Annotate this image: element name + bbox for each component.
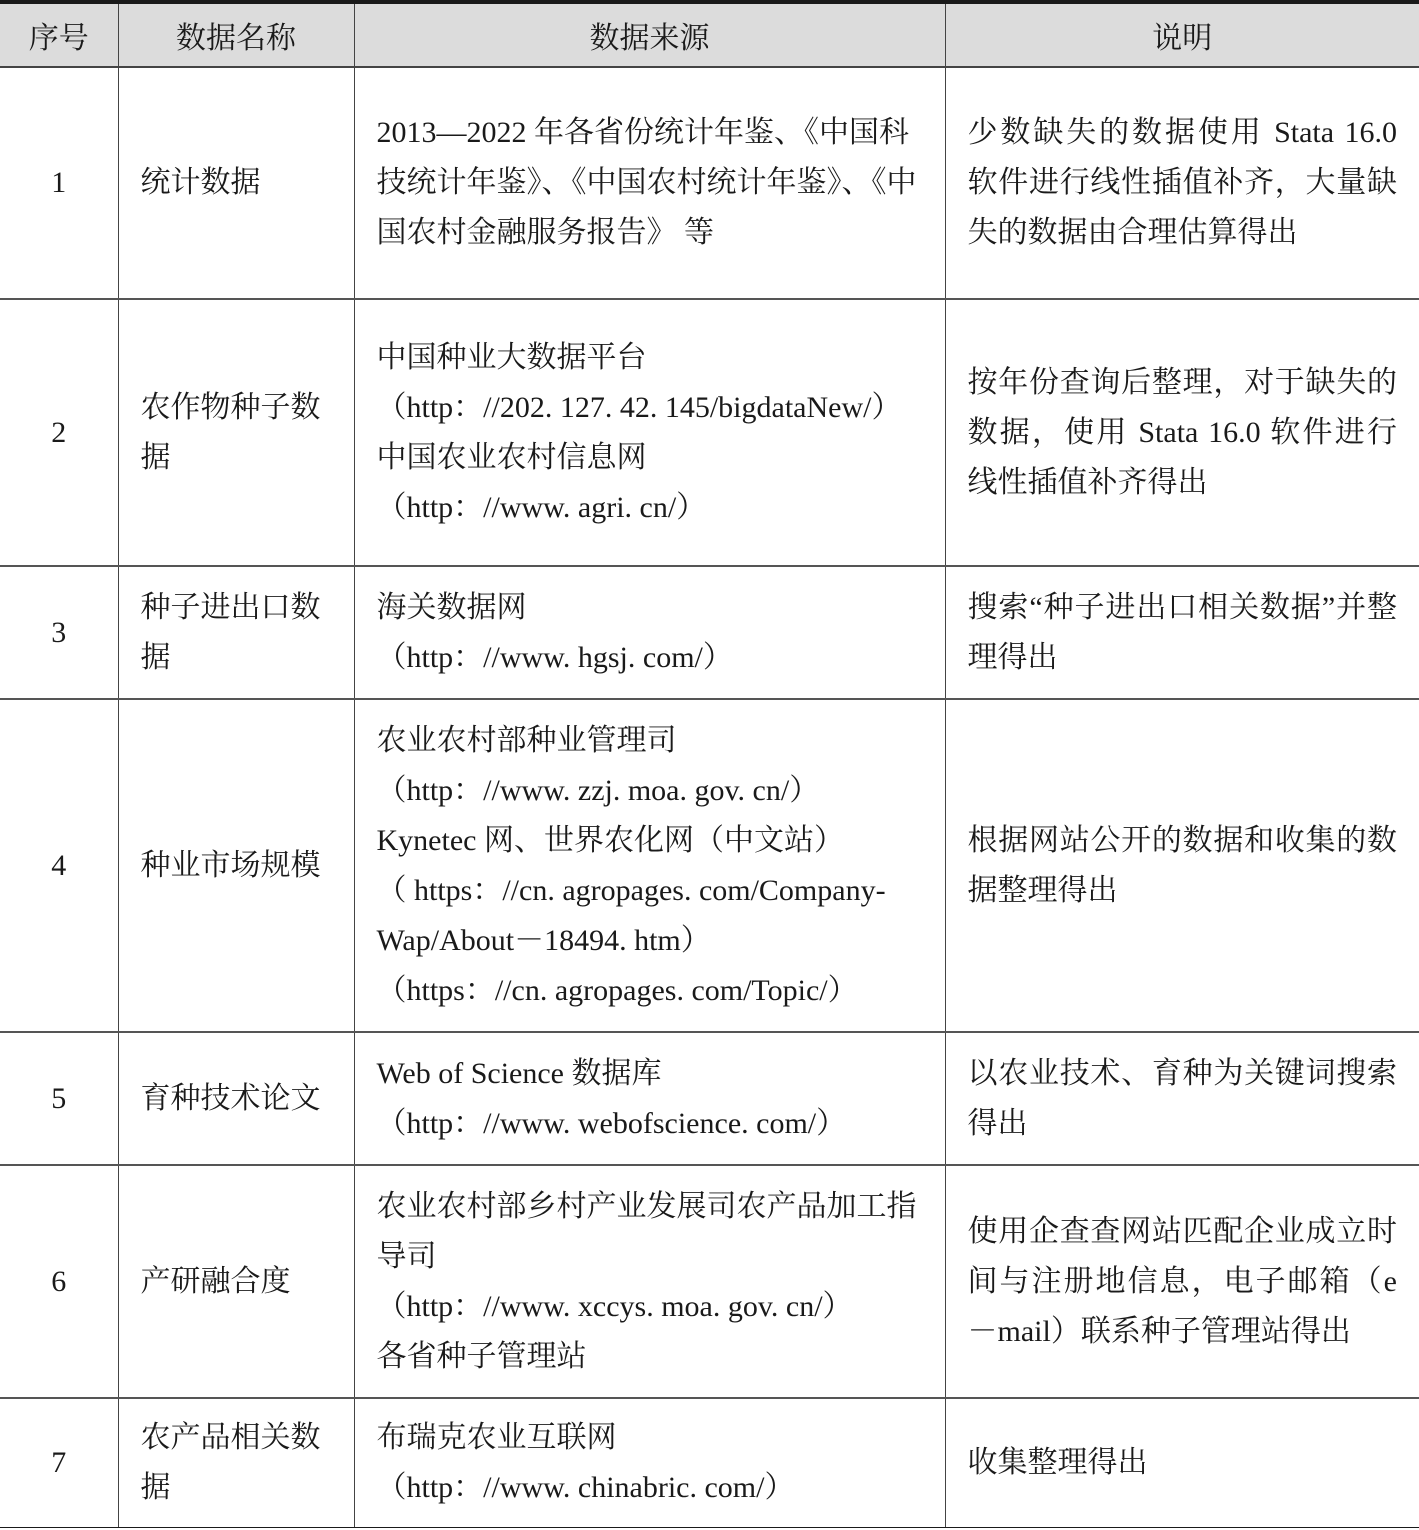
source-link: （http：//www. webofscience. com/） [377, 1099, 937, 1149]
row-data-source: 农业农村部种业管理司 （http：//www. zzj. moa. gov. c… [354, 699, 945, 1032]
header-description: 说明 [945, 2, 1419, 67]
source-link: （http：//www. chinabric. com/） [377, 1463, 937, 1513]
table-row: 3 种子进出口数据 海关数据网 （http：//www. hgsj. com/）… [0, 566, 1419, 699]
row-data-name: 育种技术论文 [118, 1032, 354, 1165]
row-description: 搜索“种子进出口相关数据”并整理得出 [945, 566, 1419, 699]
table-row: 5 育种技术论文 Web of Science 数据库 （http：//www.… [0, 1032, 1419, 1165]
row-data-name: 产研融合度 [118, 1165, 354, 1398]
source-line: 2013—2022 年各省份统计年鉴、《中国科技统计年鉴》、《中国农村统计年鉴》… [377, 108, 937, 258]
row-description: 以农业技术、育种为关键词搜索得出 [945, 1032, 1419, 1165]
source-line: 农业农村部乡村产业发展司农产品加工指导司 [377, 1182, 937, 1282]
header-data-name: 数据名称 [118, 2, 354, 67]
header-index: 序号 [0, 2, 118, 67]
table-row: 4 种业市场规模 农业农村部种业管理司 （http：//www. zzj. mo… [0, 699, 1419, 1032]
row-data-source: 农业农村部乡村产业发展司农产品加工指导司 （http：//www. xccys.… [354, 1165, 945, 1398]
source-line: 各省种子管理站 [377, 1332, 937, 1382]
table-row: 6 产研融合度 农业农村部乡村产业发展司农产品加工指导司 （http：//www… [0, 1165, 1419, 1398]
source-link: （http：//www. zzj. moa. gov. cn/） [377, 766, 937, 816]
row-data-name: 种业市场规模 [118, 699, 354, 1032]
row-data-source: 中国种业大数据平台 （http：//202. 127. 42. 145/bigd… [354, 299, 945, 566]
table-row: 7 农产品相关数据 布瑞克农业互联网 （http：//www. chinabri… [0, 1398, 1419, 1529]
row-data-source: 布瑞克农业互联网 （http：//www. chinabric. com/） [354, 1398, 945, 1529]
source-link: （http：//www. hgsj. com/） [377, 633, 937, 683]
source-line: 海关数据网 [377, 583, 937, 633]
row-index: 6 [0, 1165, 118, 1398]
source-link: （http：//202. 127. 42. 145/bigdataNew/） [377, 383, 937, 433]
source-line: Kynetec 网、世界农化网（中文站） [377, 816, 937, 866]
source-link: （http：//www. agri. cn/） [377, 483, 937, 533]
source-link: Wap/About－18494. htm） [377, 916, 937, 966]
row-index: 1 [0, 67, 118, 299]
source-line: 布瑞克农业互联网 [377, 1413, 937, 1463]
row-description: 少数缺失的数据使用 Stata 16.0 软件进行线性插值补齐，大量缺失的数据由… [945, 67, 1419, 299]
row-description: 使用企查查网站匹配企业成立时间与注册地信息，电子邮箱（e－mail）联系种子管理… [945, 1165, 1419, 1398]
source-link: （https：//cn. agropages. com/Topic/） [377, 966, 937, 1016]
row-index: 3 [0, 566, 118, 699]
source-link: （ https：//cn. agropages. com/Company- [377, 866, 937, 916]
table-header: 序号 数据名称 数据来源 说明 [0, 2, 1419, 67]
header-row: 序号 数据名称 数据来源 说明 [0, 2, 1419, 67]
row-description: 收集整理得出 [945, 1398, 1419, 1529]
row-index: 7 [0, 1398, 118, 1529]
table-body: 1 统计数据 2013—2022 年各省份统计年鉴、《中国科技统计年鉴》、《中国… [0, 67, 1419, 1529]
row-data-name: 种子进出口数据 [118, 566, 354, 699]
row-index: 2 [0, 299, 118, 566]
row-data-source: 海关数据网 （http：//www. hgsj. com/） [354, 566, 945, 699]
row-index: 4 [0, 699, 118, 1032]
row-data-name: 农产品相关数据 [118, 1398, 354, 1529]
source-line: 中国农业农村信息网 [377, 433, 937, 483]
table-row: 2 农作物种子数据 中国种业大数据平台 （http：//202. 127. 42… [0, 299, 1419, 566]
row-data-source: Web of Science 数据库 （http：//www. webofsci… [354, 1032, 945, 1165]
table-row: 1 统计数据 2013—2022 年各省份统计年鉴、《中国科技统计年鉴》、《中国… [0, 67, 1419, 299]
source-line: Web of Science 数据库 [377, 1049, 937, 1099]
row-data-name: 农作物种子数据 [118, 299, 354, 566]
source-link: （http：//www. xccys. moa. gov. cn/） [377, 1282, 937, 1332]
source-line: 中国种业大数据平台 [377, 333, 937, 383]
row-index: 5 [0, 1032, 118, 1165]
row-description: 根据网站公开的数据和收集的数据整理得出 [945, 699, 1419, 1032]
row-data-name: 统计数据 [118, 67, 354, 299]
source-line: 农业农村部种业管理司 [377, 716, 937, 766]
data-sources-table: 序号 数据名称 数据来源 说明 1 统计数据 2013—2022 年各省份统计年… [0, 0, 1419, 1530]
header-data-source: 数据来源 [354, 2, 945, 67]
row-description: 按年份查询后整理，对于缺失的数据，使用 Stata 16.0 软件进行线性插值补… [945, 299, 1419, 566]
row-data-source: 2013—2022 年各省份统计年鉴、《中国科技统计年鉴》、《中国农村统计年鉴》… [354, 67, 945, 299]
